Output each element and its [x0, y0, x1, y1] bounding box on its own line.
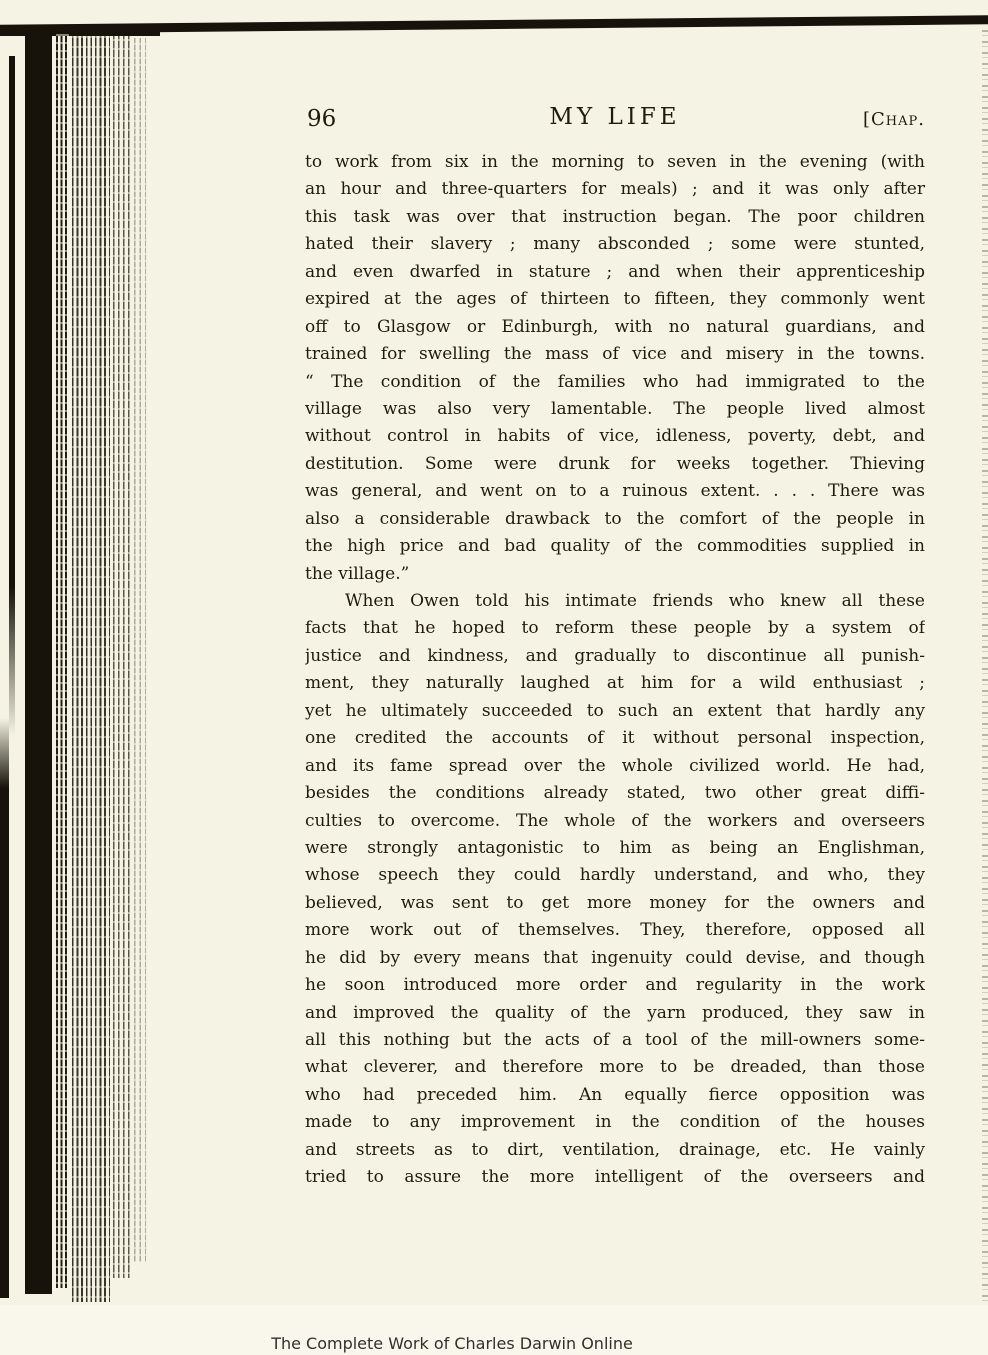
text-line: he did by every means that ingenuity cou…: [305, 945, 925, 972]
gutter-streak: [56, 28, 69, 1288]
text-line: one credited the accounts of it without …: [305, 725, 925, 752]
text-line: and even dwarfed in stature ; and when t…: [305, 259, 925, 286]
text-line: without control in habits of vice, idlen…: [305, 423, 925, 450]
text-line: hated their slavery ; many absconded ; s…: [305, 231, 925, 258]
page-header: 96 MY LIFE [Chap.: [305, 104, 925, 142]
text-line: justice and kindness, and gradually to d…: [305, 643, 925, 670]
page-number: 96: [307, 106, 336, 132]
text-line: ment, they naturally laughed at him for …: [305, 670, 925, 697]
text-line: an hour and three-quarters for meals) ; …: [305, 176, 925, 203]
text-line: what cleverer, and therefore more to be …: [305, 1054, 925, 1081]
gutter-streak: [25, 28, 52, 1294]
paragraph-2: When Owen told his intimate friends who …: [305, 588, 925, 1192]
gutter-streak: [113, 32, 131, 1278]
chapter-marker: [Chap.: [863, 109, 925, 130]
running-title: MY LIFE: [305, 104, 925, 130]
text-line: the high price and bad quality of the co…: [305, 533, 925, 560]
text-line: more work out of themselves. They, there…: [305, 917, 925, 944]
text-line: culties to overcome. The whole of the wo…: [305, 808, 925, 835]
footer-credit: The Complete Work of Charles Darwin Onli…: [0, 1334, 904, 1353]
body-text: to work from six in the morning to seven…: [305, 149, 925, 1192]
text-line: When Owen told his intimate friends who …: [305, 588, 925, 615]
text-line: were strongly antagonistic to him as bei…: [305, 835, 925, 862]
text-line: trained for swelling the mass of vice an…: [305, 341, 925, 368]
gutter-streak: [0, 718, 9, 1298]
text-line: also a considerable drawback to the comf…: [305, 506, 925, 533]
gutter-streak: [72, 28, 110, 1302]
scanned-book-page: 96 MY LIFE [Chap. to work from six in th…: [0, 0, 988, 1355]
text-line: off to Glasgow or Edinburgh, with no nat…: [305, 314, 925, 341]
paragraph-1: to work from six in the morning to seven…: [305, 149, 925, 588]
text-line: and its fame spread over the whole civil…: [305, 753, 925, 780]
text-line: all this nothing but the acts of a tool …: [305, 1027, 925, 1054]
text-line: was general, and went on to a ruinous ex…: [305, 478, 925, 505]
text-line: tried to assure the more intelligent of …: [305, 1164, 925, 1191]
text-line: and streets as to dirt, ventilation, dra…: [305, 1137, 925, 1164]
text-line: destitution. Some were drunk for weeks t…: [305, 451, 925, 478]
gutter-streak: [134, 38, 146, 1262]
page-content: 96 MY LIFE [Chap. to work from six in th…: [305, 104, 925, 1192]
text-line: and improved the quality of the yarn pro…: [305, 1000, 925, 1027]
text-line: believed, was sent to get more money for…: [305, 890, 925, 917]
text-line: to work from six in the morning to seven…: [305, 149, 925, 176]
scan-right-edge-noise: [982, 30, 988, 1302]
text-line: yet he ultimately succeeded to such an e…: [305, 698, 925, 725]
text-line: expired at the ages of thirteen to fifte…: [305, 286, 925, 313]
text-line: made to any improvement in the condition…: [305, 1109, 925, 1136]
text-line: besides the conditions already stated, t…: [305, 780, 925, 807]
text-line: he soon introduced more order and regula…: [305, 972, 925, 999]
text-line: this task was over that instruction bega…: [305, 204, 925, 231]
text-line: village was also very lamentable. The pe…: [305, 396, 925, 423]
text-line: whose speech they could hardly understan…: [305, 862, 925, 889]
text-line: “ The condition of the families who had …: [305, 369, 925, 396]
text-line: who had preceded him. An equally fierce …: [305, 1082, 925, 1109]
text-line: the village.”: [305, 561, 925, 588]
book-binding-gutter: [0, 28, 152, 1302]
text-line: facts that he hoped to reform these peop…: [305, 615, 925, 642]
gutter-streak: [9, 56, 15, 736]
